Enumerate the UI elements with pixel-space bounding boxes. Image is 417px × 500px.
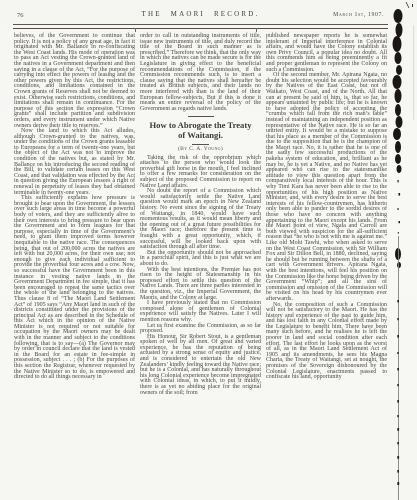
paragraph: No, the composition of such a Commission… [266,303,387,381]
paragraph: I have previously stated that no Commiss… [140,301,261,323]
paragraph: published newspaper reports he is somewh… [266,34,387,73]
column-2: order to call in outstanding instruments… [140,34,261,396]
magazine-page: 76 THE MAORI RECORD. March 1st, 1907. be… [0,0,417,500]
article-title-line: of Waitangi. [140,131,261,141]
paragraph: Let us first examine the Commission, as … [140,324,261,335]
paragraph: Now the land to which this Act alludes, … [14,129,135,196]
article-byline: (By C. A. Young) [140,147,261,153]
paragraph: Taking the risk of the opprobrium which … [140,156,261,190]
header-double-rule [13,24,388,29]
paragraph: His Honour, Sir Robert Stout, is a gentl… [140,335,261,397]
column-divider-tick [135,28,136,32]
paragraph: Of the second member, Mr. Apirana Ngata,… [266,73,387,302]
paragraph: But the opportunity should not be approa… [140,251,261,268]
paragraph: order to call in outstanding instruments… [140,34,261,112]
page-header: 76 THE MAORI RECORD. March 1st, 1907. [0,10,417,23]
column-divider-tick [256,28,257,32]
paragraph: No doubt the report of a Commission whic… [140,189,261,251]
title-divider [192,144,209,145]
paragraph: With the best intentions, the Premier ha… [140,268,261,302]
article-title: How to Abrogate the Treaty of Waitangi. [140,121,261,141]
paragraph: believes, of the Government to continue … [14,34,135,129]
issue-date: March 1st, 1907. [333,12,384,18]
column-1: believes, of the Government to continue … [14,34,135,381]
section-divider [188,116,214,117]
page-binding-ink-marks [387,0,417,500]
column-3: published newspaper reports he is somewh… [266,34,387,381]
paragraph: This sufficiently explains how pressure … [14,196,135,381]
